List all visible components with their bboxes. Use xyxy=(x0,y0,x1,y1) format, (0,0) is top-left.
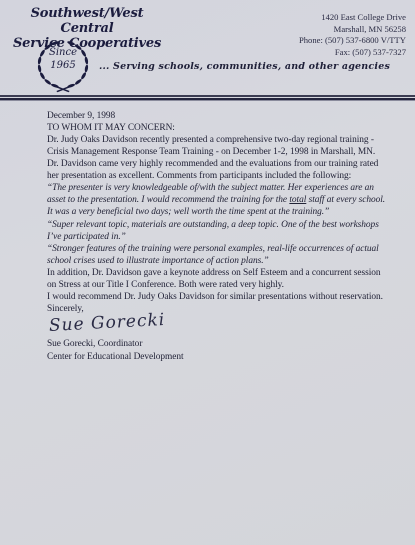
paragraph-1: Dr. Judy Oaks Davidson recently presente… xyxy=(47,134,391,158)
letter-body: December 9, 1998 TO WHOM IT MAY CONCERN:… xyxy=(47,110,391,363)
address-city: Marshall, MN 56258 xyxy=(299,24,406,36)
logo-since: Since xyxy=(30,47,96,60)
signer-title: Center for Educational Development xyxy=(47,351,391,364)
letter-date: December 9, 1998 xyxy=(47,110,391,122)
logo-since-text: Since 1965 xyxy=(30,47,96,72)
address-street: 1420 East College Drive xyxy=(299,12,406,24)
handwritten-signature: Sue Gorecki xyxy=(49,314,166,332)
logo-year: 1965 xyxy=(30,60,96,73)
signer-name: Sue Gorecki, Coordinator xyxy=(47,338,391,351)
paragraph-3: In addition, Dr. Davidson gave a keynote… xyxy=(47,267,391,291)
paragraph-2: Dr. Davidson came very highly recommende… xyxy=(47,158,391,182)
participant-quote-3: “Stronger features of the training were … xyxy=(47,243,391,267)
signer-block: Sue Gorecki, Coordinator Center for Educ… xyxy=(47,338,391,363)
org-tagline: ... Serving schools, communities, and ot… xyxy=(99,61,390,72)
scanned-letter-page: Southwest/West Central Service Cooperati… xyxy=(0,0,415,545)
org-address-block: 1420 East College Drive Marshall, MN 562… xyxy=(299,12,406,58)
participant-quote-2: “Super relevant topic, materials are out… xyxy=(47,219,391,243)
laurel-wreath-logo: Since 1965 xyxy=(30,33,96,96)
participant-quote-1: “The presenter is very knowledgeable of/… xyxy=(47,182,391,219)
letter-salutation: TO WHOM IT MAY CONCERN: xyxy=(47,122,391,134)
header-divider-rule xyxy=(0,95,415,101)
address-fax: Fax: (507) 537-7327 xyxy=(299,47,406,59)
paragraph-4: I would recommend Dr. Judy Oaks Davidson… xyxy=(47,291,391,303)
quote1-underlined-word: total xyxy=(289,195,306,205)
address-phone: Phone: (507) 537-6800 V/TTY xyxy=(299,35,406,47)
